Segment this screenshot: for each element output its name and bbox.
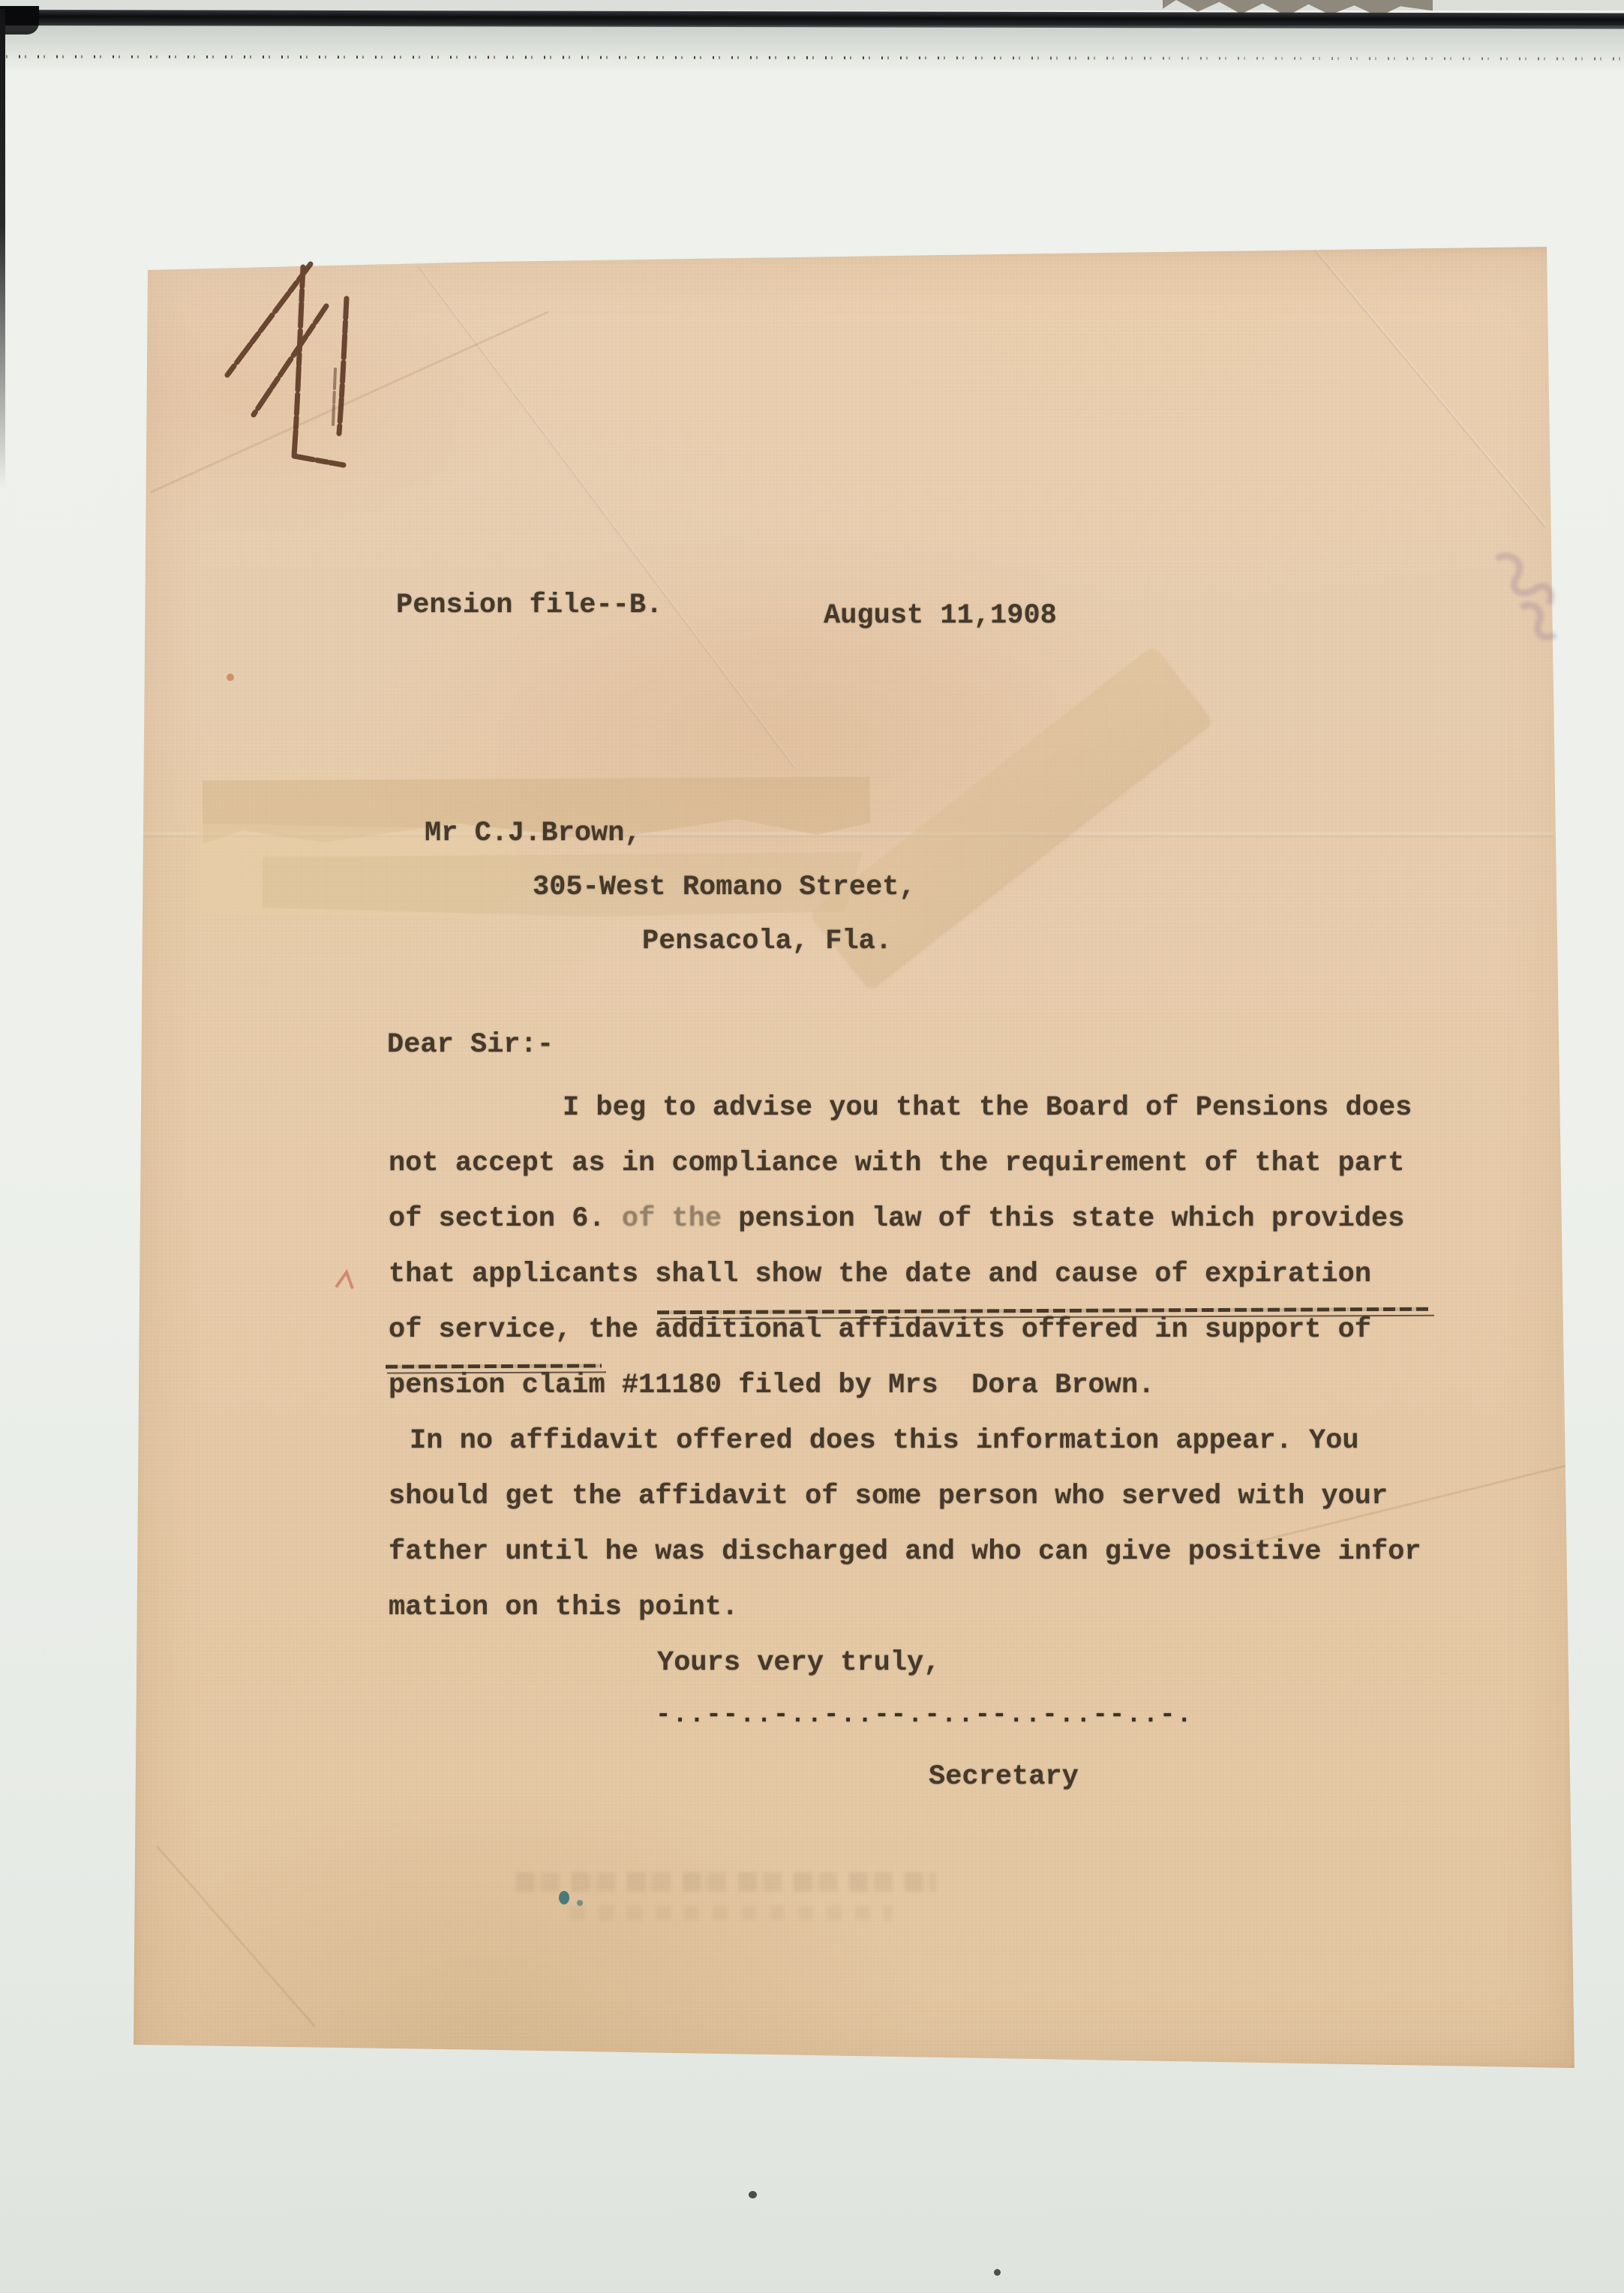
body-text: of section 6. [389, 1203, 622, 1235]
recipient-city: Pensacola, Fla. [642, 926, 892, 957]
signature-rule: -..--..-..-..--.-..--..-..--..-. [656, 1700, 1193, 1731]
letter-date: August 11,1908 [824, 600, 1057, 632]
underlined-text: of service, [389, 1314, 572, 1346]
body-line: pension claim #11180 filed by Mrs Dora B… [389, 1370, 1154, 1401]
body-line: of service, the additional affidavits of… [389, 1314, 1371, 1346]
body-line: mation on this point. [389, 1592, 738, 1623]
recipient-street: 305-West Romano Street, [533, 872, 916, 903]
scan-speck [749, 2191, 757, 2198]
body-line: father until he was discharged and who c… [389, 1536, 1421, 1568]
underlined-text: shall show the date and cause of expirat… [655, 1259, 1371, 1290]
body-text: that applicants [389, 1259, 655, 1290]
body-line: of section 6. of the pension law of this… [389, 1203, 1404, 1235]
valediction: Yours very truly, [657, 1647, 940, 1679]
salutation: Dear Sir:- [387, 1029, 554, 1061]
body-text: pension law of this state which provides [722, 1203, 1404, 1235]
file-reference: Pension file--B. [396, 590, 662, 621]
body-line: should get the affidavit of some person … [389, 1481, 1388, 1512]
signature-title: Secretary [929, 1761, 1079, 1793]
recipient-name: Mr C.J.Brown, [425, 818, 641, 849]
letter-paper: Pension file--B. August 11,1908 Mr C.J.B… [0, 0, 1624, 2293]
body-line: I beg to advise you that the Board of Pe… [563, 1092, 1412, 1124]
body-line: not accept as in compliance with the req… [389, 1148, 1404, 1179]
body-line: In no affidavit offered does this inform… [410, 1425, 1359, 1457]
scanner-bar-shadow [0, 26, 1624, 72]
body-line: that applicants shall show the date and … [389, 1259, 1371, 1290]
scanned-letter-page: Pension file--B. August 11,1908 Mr C.J.B… [0, 0, 1624, 2293]
scan-speck [994, 2269, 1001, 2276]
faded-text: of the [622, 1203, 722, 1235]
scan-edge-sliver [0, 9, 5, 489]
